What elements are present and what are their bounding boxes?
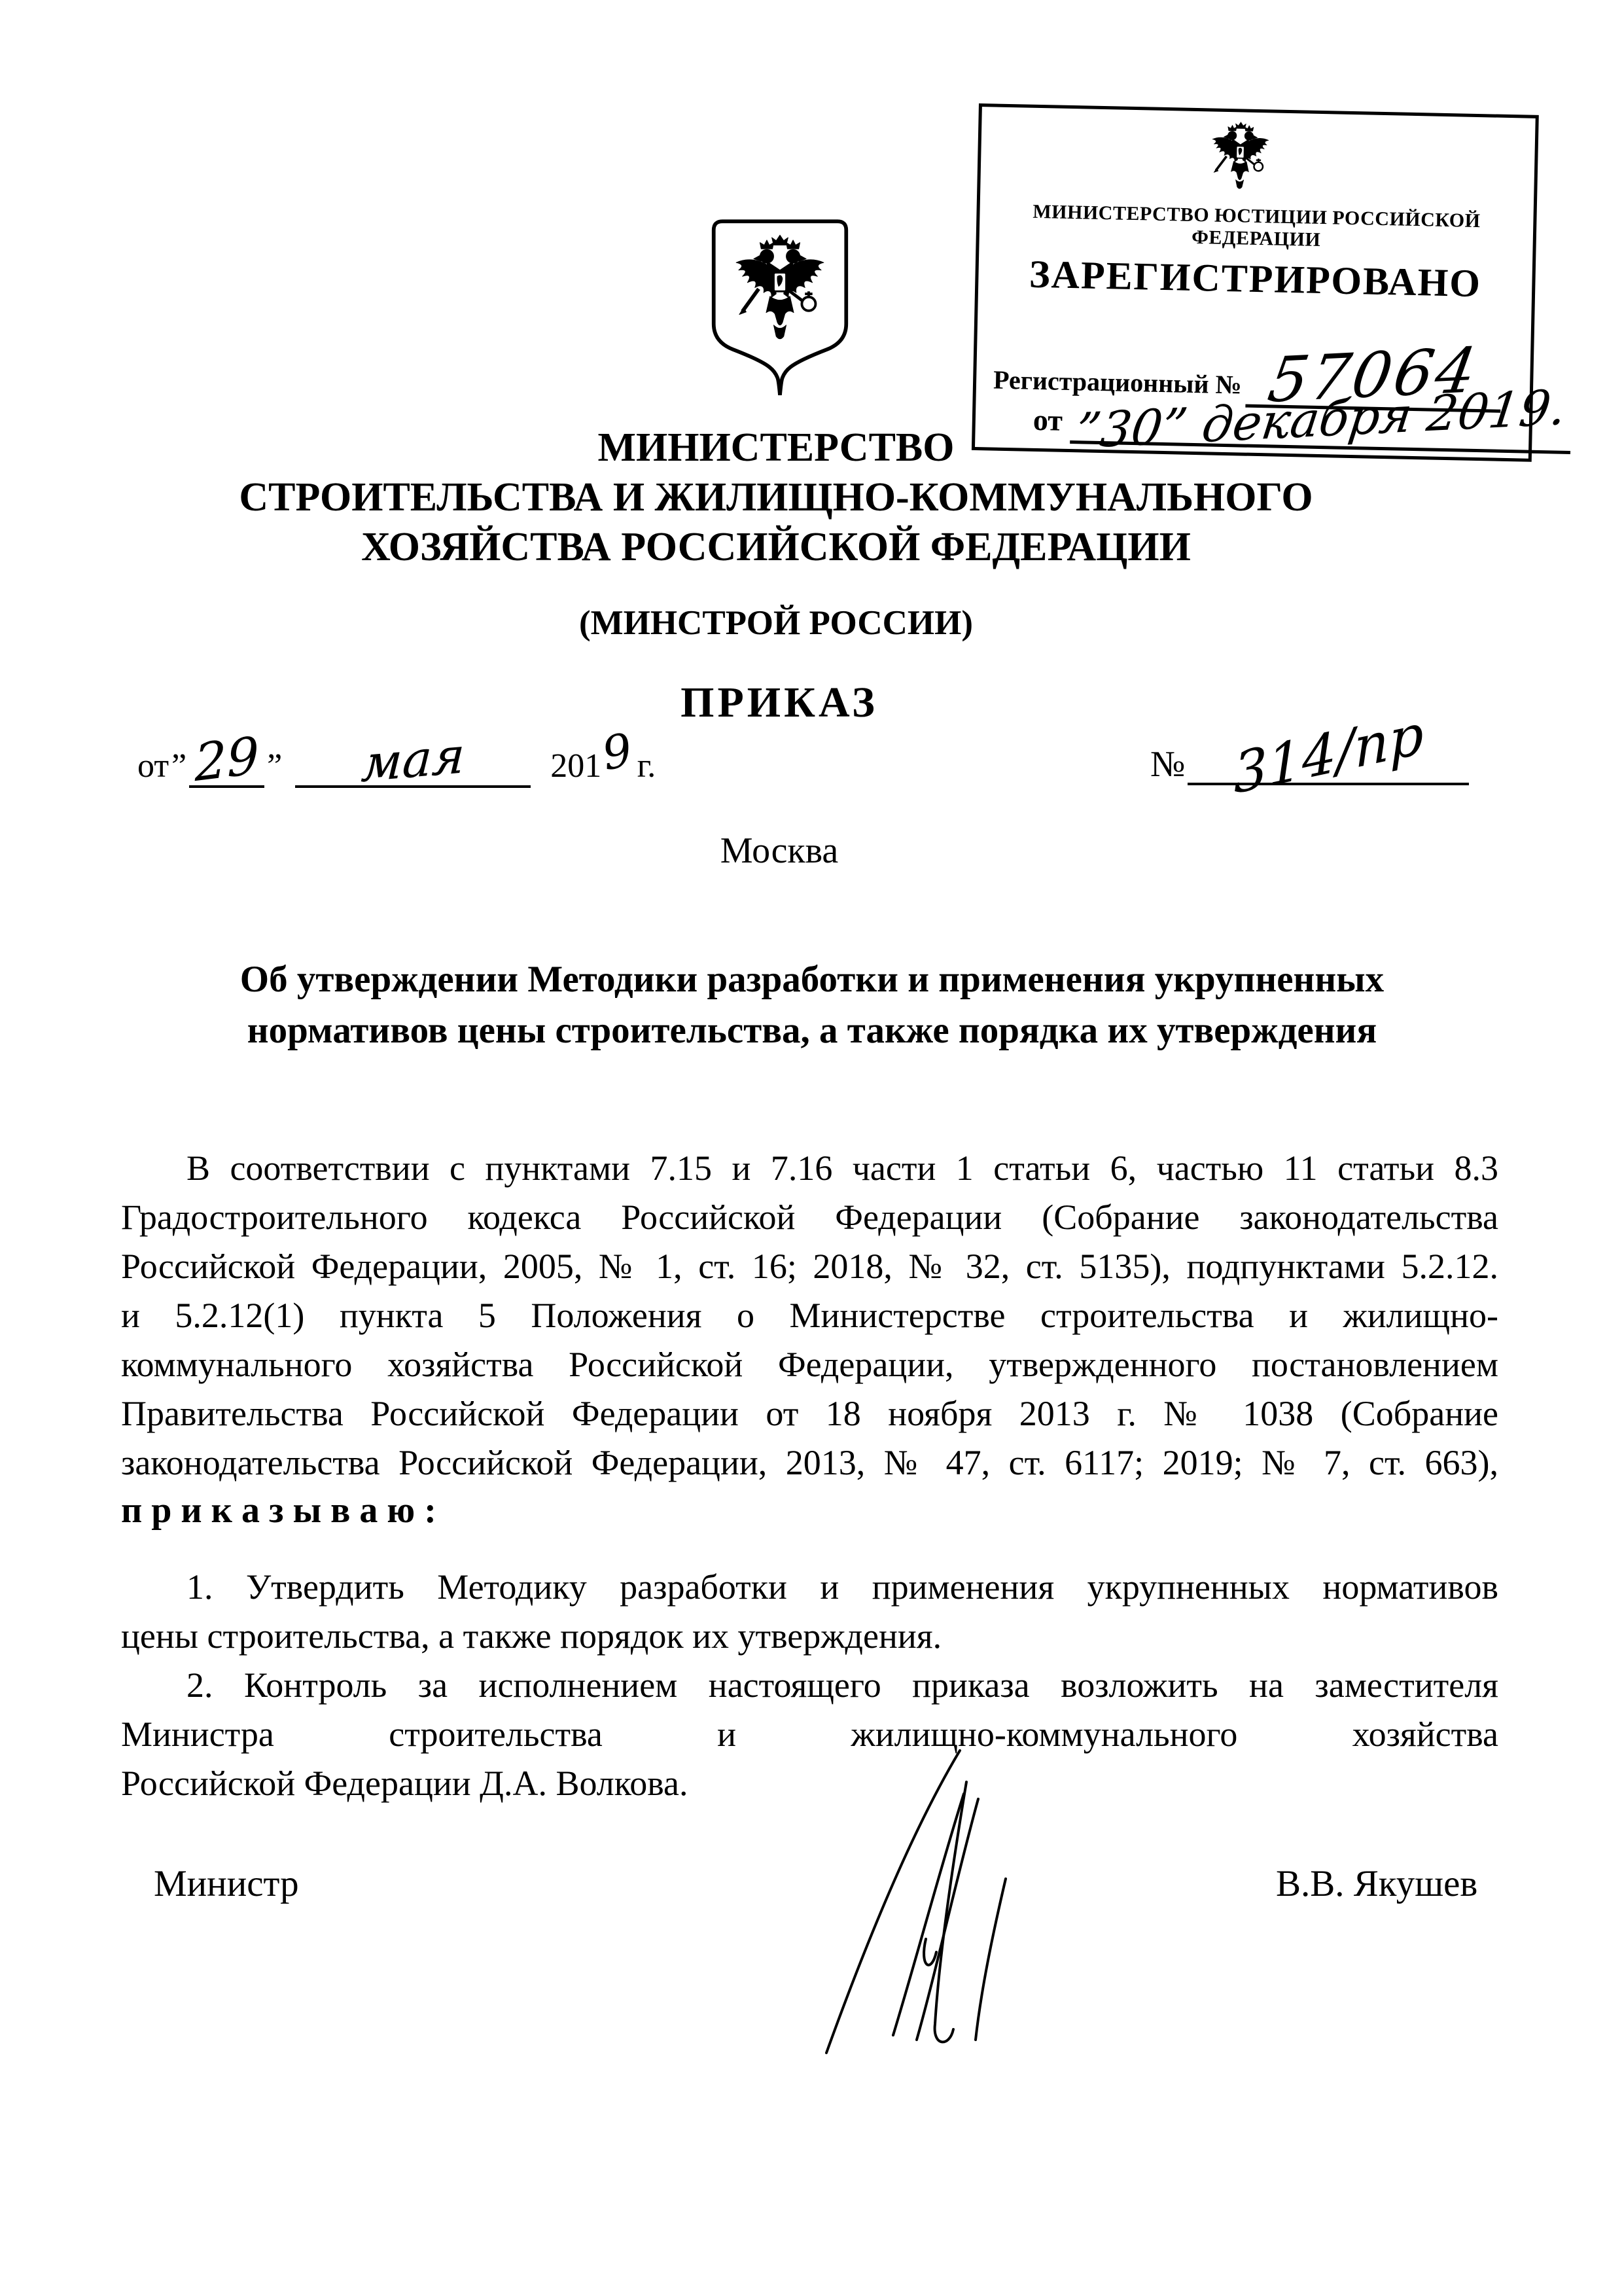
order-title-line: Об утверждении Методики разработки и при…: [0, 954, 1624, 1005]
preamble-paragraph: В соответствии с пунктами 7.15 и 7.16 ча…: [121, 1144, 1498, 1487]
ministry-name-line: МИНИСТЕРСТВО: [0, 423, 1588, 472]
place-name: Москва: [0, 830, 1591, 872]
coat-of-arms-shield: [710, 216, 850, 400]
order-number-field: 314/пр: [1188, 725, 1469, 785]
stamp-registered-text: ЗАРЕГИСТРИРОВАНО: [978, 251, 1532, 308]
ministry-name: МИНИСТЕРСТВО СТРОИТЕЛЬСТВА И ЖИЛИЩНО-КОМ…: [0, 423, 1588, 572]
number-sign: №: [1150, 743, 1185, 785]
signer-name: В.В. Якушев: [1276, 1862, 1477, 1905]
date-prefix: от: [137, 747, 169, 785]
order-verb: п р и к а з ы в а ю :: [121, 1489, 436, 1531]
text-line: Правительства Российской Федерации от 18…: [121, 1389, 1498, 1438]
order-item-1: 1. Утвердить Методику разработки и приме…: [121, 1563, 1498, 1661]
order-title-line: нормативов цены строительства, а также п…: [0, 1005, 1624, 1056]
order-title: Об утверждении Методики разработки и при…: [0, 954, 1624, 1056]
ministry-name-line: ХОЗЯЙСТВА РОССИЙСКОЙ ФЕДЕРАЦИИ: [0, 522, 1588, 572]
date-line: от ” 29 ” мая 201 9 г.: [137, 734, 656, 788]
minister-signature: [795, 1741, 1089, 2068]
month-handwritten: мая: [360, 730, 466, 789]
coat-of-arms: [710, 216, 850, 400]
text-line: законодательства Российской Федерации, 2…: [121, 1438, 1498, 1487]
month-field: мая: [295, 735, 531, 788]
text-line: Российской Федерации, 2005, № 1, ст. 16;…: [121, 1242, 1498, 1291]
day-field: 29: [189, 734, 264, 788]
day-handwritten: 29: [194, 730, 260, 790]
text-line: и 5.2.12(1) пункта 5 Положения о Министе…: [121, 1291, 1498, 1340]
justice-eagle-emblem-icon: [1197, 120, 1282, 201]
text-line: коммунального хозяйства Российской Федер…: [121, 1340, 1498, 1389]
document-page: МИНИСТЕРСТВО ЮСТИЦИИ РОССИЙСКОЙ ФЕДЕРАЦИ…: [0, 0, 1624, 2295]
order-number-line: № 314/пр: [1150, 725, 1469, 785]
justice-registration-stamp: МИНИСТЕРСТВО ЮСТИЦИИ РОССИЙСКОЙ ФЕДЕРАЦИ…: [972, 103, 1539, 462]
year-printed: 201: [550, 747, 601, 785]
text-line: цены строительства, а также порядок их у…: [121, 1612, 1498, 1661]
open-quote: ”: [171, 747, 186, 785]
text-line: Градостроительного кодекса Российской Фе…: [121, 1193, 1498, 1242]
signer-position: Министр: [154, 1862, 299, 1905]
text-line: 2. Контроль за исполнением настоящего пр…: [121, 1661, 1498, 1710]
close-quote: ”: [267, 747, 282, 785]
year-suffix: г.: [637, 747, 656, 785]
year-digit-handwritten: 9: [599, 727, 635, 777]
stamp-ministry-line: МИНИСТЕРСТВО ЮСТИЦИИ РОССИЙСКОЙ ФЕДЕРАЦИ…: [979, 200, 1533, 256]
ministry-name-line: СТРОИТЕЛЬСТВА И ЖИЛИЩНО-КОММУНАЛЬНОГО: [0, 472, 1588, 522]
text-line: 1. Утвердить Методику разработки и приме…: [121, 1563, 1498, 1612]
text-line: В соответствии с пунктами 7.15 и 7.16 ча…: [121, 1144, 1498, 1193]
ministry-short-name: (МИНСТРОЙ РОССИИ): [0, 603, 1588, 643]
